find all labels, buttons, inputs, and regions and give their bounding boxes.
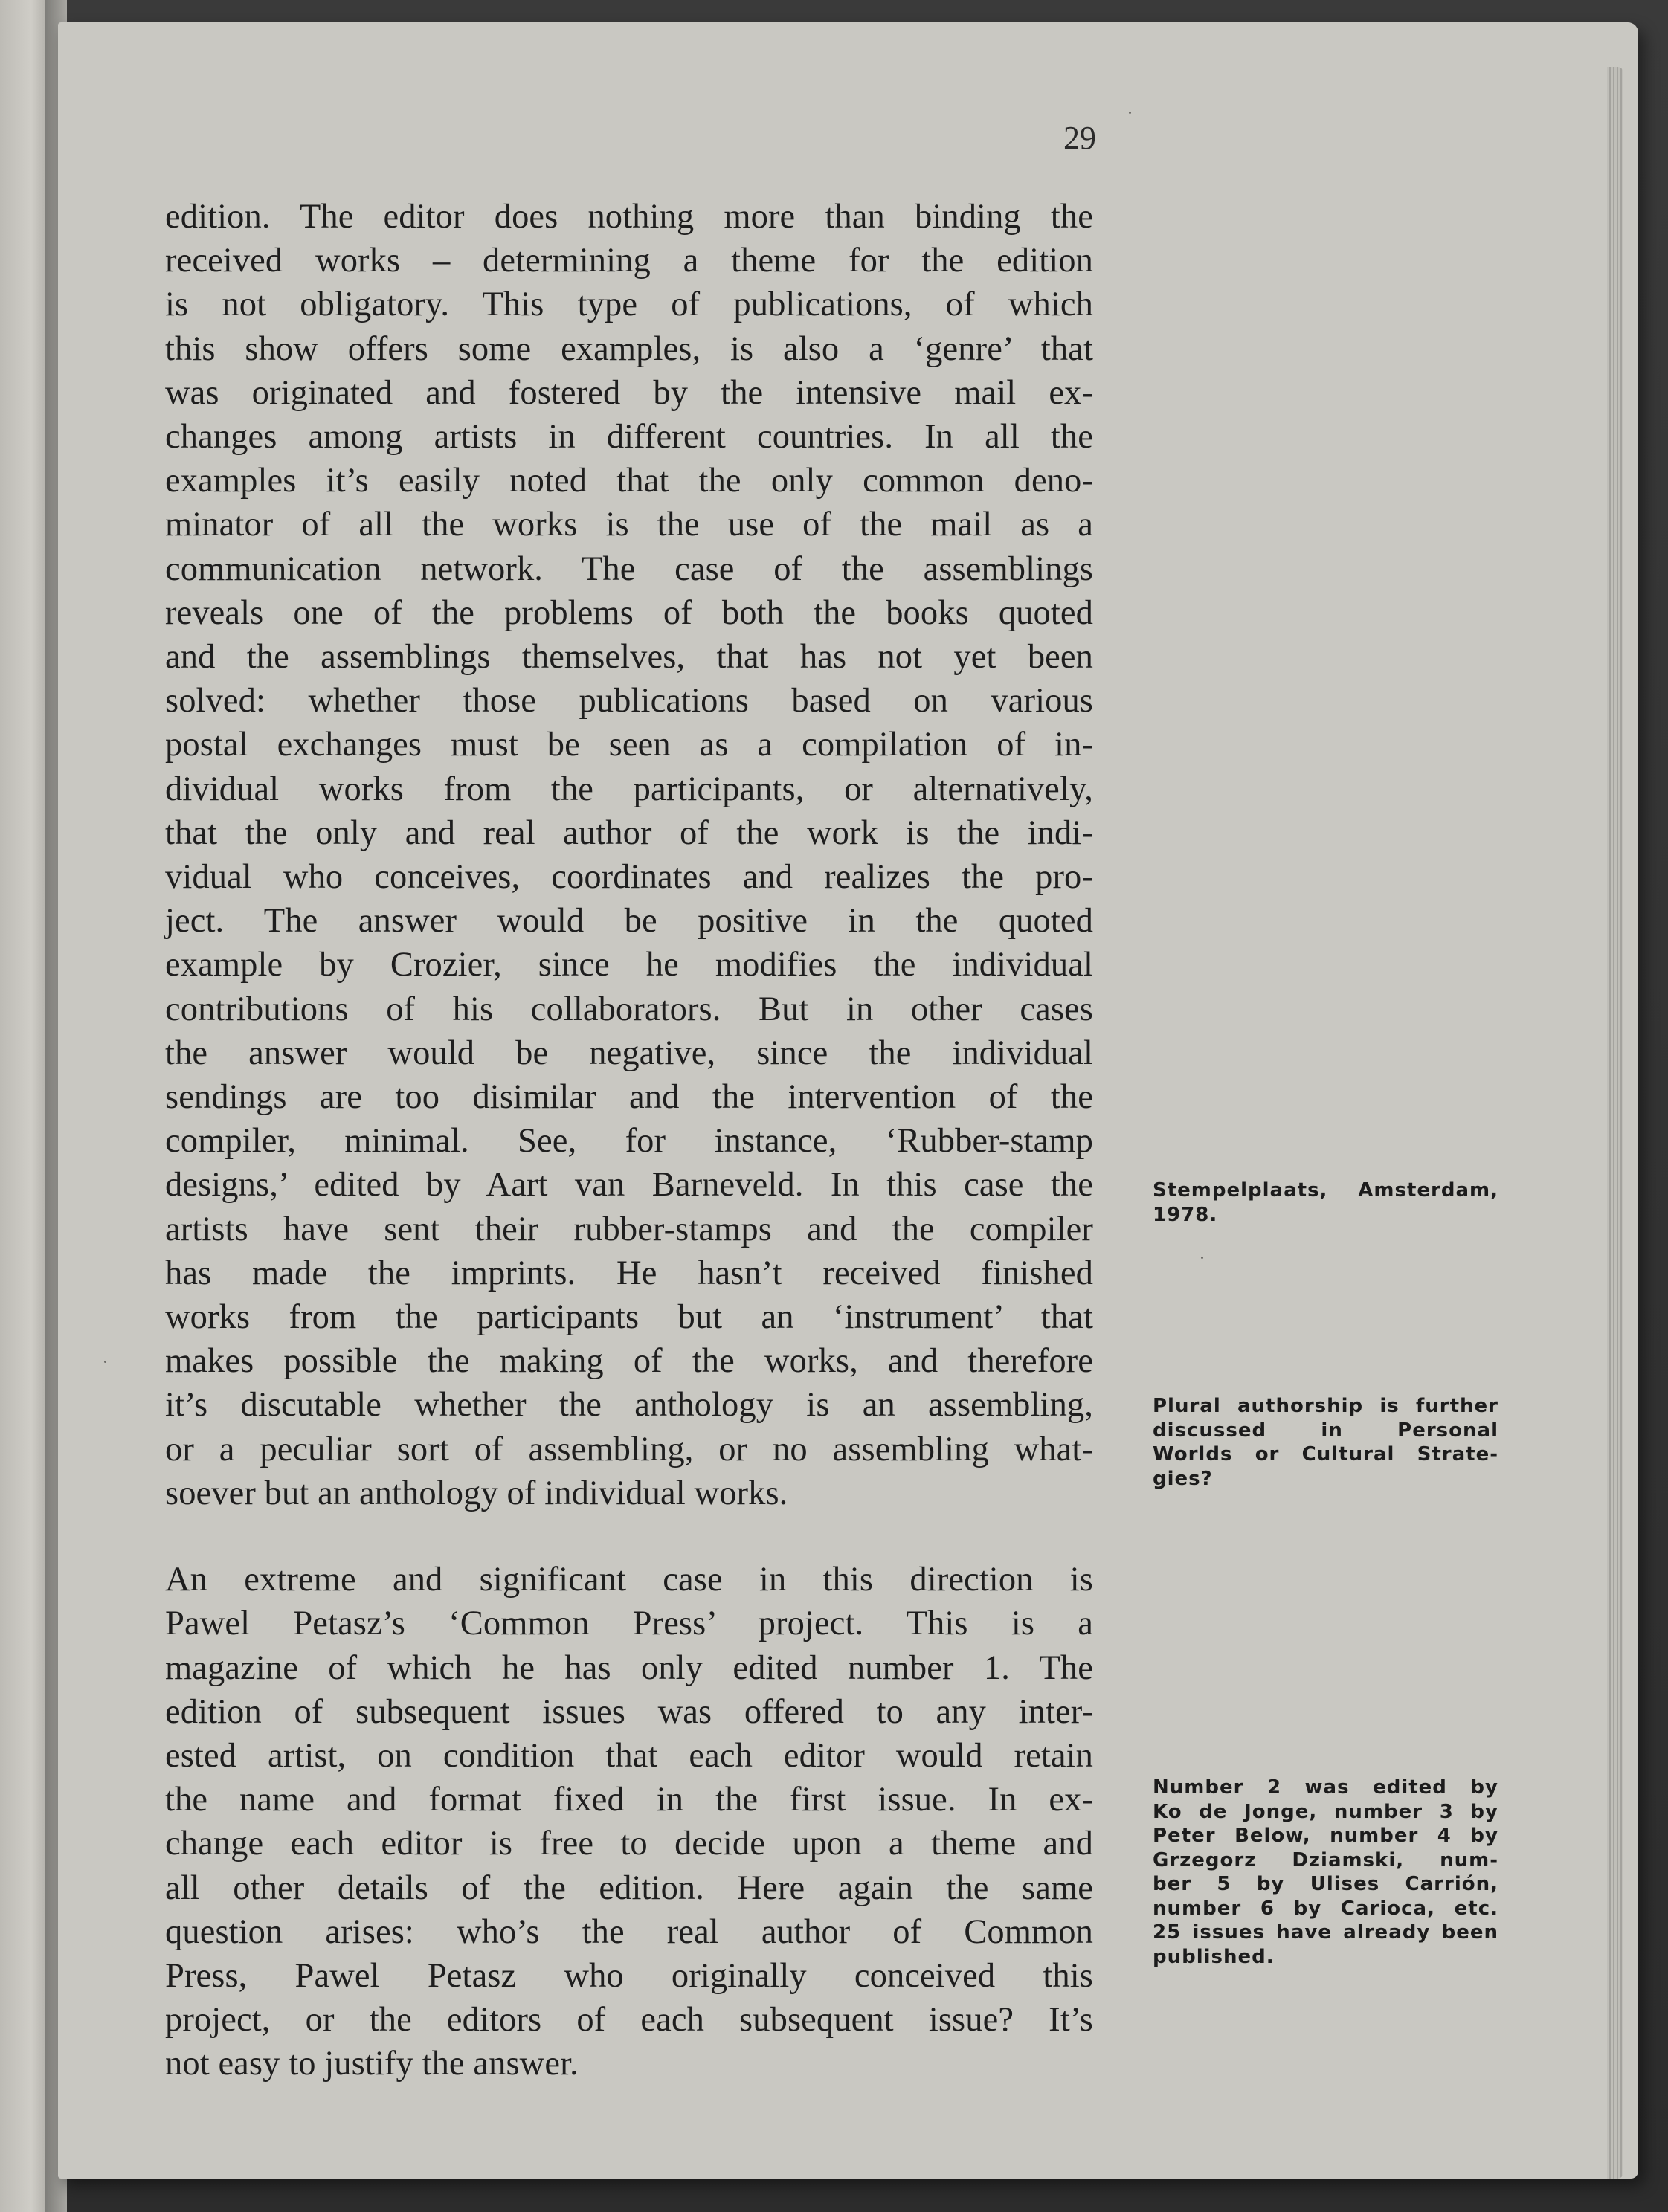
text-line: minator of all the works is the use of t…	[165, 503, 1093, 546]
text-line: question arises: who’s the real author o…	[165, 1910, 1093, 1954]
text-line: magazine of which he has only edited num…	[165, 1646, 1093, 1690]
text-line: reveals one of the problems of both the …	[165, 591, 1093, 635]
body-text: edition. The editor does nothing more th…	[165, 195, 1093, 2086]
text-line: this show offers some examples, is also …	[165, 327, 1093, 371]
sidenote-plural-authorship: Plural authorship is furtherdiscussed in…	[1153, 1394, 1498, 1491]
text-line: vidual who conceives, coordinates and re…	[165, 855, 1093, 899]
sidenote-line: Peter Below, number 4 by	[1153, 1824, 1498, 1848]
text-line: solved: whether those publications based…	[165, 679, 1093, 723]
paper-speck	[104, 1361, 106, 1363]
text-line: works from the participants but an ‘inst…	[165, 1295, 1093, 1339]
text-line: postal exchanges must be seen as a compi…	[165, 723, 1093, 767]
text-line: edition of subsequent issues was offered…	[165, 1690, 1093, 1734]
text-line: the name and format fixed in the first i…	[165, 1778, 1093, 1822]
text-line: ject. The answer would be positive in th…	[165, 899, 1093, 943]
text-line: the answer would be negative, since the …	[165, 1031, 1093, 1075]
paragraph-2: An extreme and significant case in this …	[165, 1558, 1093, 2086]
text-line: was originated and fostered by the inten…	[165, 371, 1093, 415]
text-line: example by Crozier, since he modifies th…	[165, 943, 1093, 987]
text-line: Pawel Petasz’s ‘Common Press’ project. T…	[165, 1602, 1093, 1645]
paper-speck	[1201, 1257, 1203, 1259]
text-line: all other details of the edition. Here a…	[165, 1866, 1093, 1910]
text-line: dividual works from the participants, or…	[165, 767, 1093, 811]
text-line: ested artist, on condition that each edi…	[165, 1734, 1093, 1778]
text-line: not easy to justify the answer.	[165, 2042, 1093, 2086]
text-line: that the only and real author of the wor…	[165, 811, 1093, 855]
sidenote-line: Grzegorz Dziamski, num-	[1153, 1848, 1498, 1873]
sidenote-line: Stempelplaats, Amsterdam,	[1153, 1178, 1498, 1203]
text-line: designs,’ edited by Aart van Barneveld. …	[165, 1163, 1093, 1207]
text-line: communication network. The case of the a…	[165, 547, 1093, 591]
text-line: soever but an anthology of individual wo…	[165, 1471, 1093, 1515]
text-line: changes among artists in different count…	[165, 415, 1093, 459]
text-line: change each editor is free to decide upo…	[165, 1822, 1093, 1866]
text-line: or a peculiar sort of assembling, or no …	[165, 1428, 1093, 1471]
sidenote-line: ber 5 by Ulises Carrión,	[1153, 1872, 1498, 1897]
text-line: received works – determining a theme for…	[165, 239, 1093, 283]
sidenote-line: Number 2 was edited by	[1153, 1776, 1498, 1800]
text-line: compiler, minimal. See, for instance, ‘R…	[165, 1119, 1093, 1163]
sidenote-line: Plural authorship is further	[1153, 1394, 1498, 1419]
text-line: it’s discutable whether the anthology is…	[165, 1383, 1093, 1427]
sidenote-line: 25 issues have already been	[1153, 1921, 1498, 1945]
sidenote-line: 1978.	[1153, 1203, 1498, 1228]
page-stack-edge	[1607, 67, 1623, 2179]
text-line: has made the imprints. He hasn’t receive…	[165, 1251, 1093, 1295]
text-line: artists have sent their rubber-stamps an…	[165, 1207, 1093, 1251]
sidenote-stempelplaats: Stempelplaats, Amsterdam,1978.	[1153, 1178, 1498, 1227]
sidenote-line: number 6 by Carioca, etc.	[1153, 1897, 1498, 1921]
text-line: makes possible the making of the works, …	[165, 1339, 1093, 1383]
text-line: sendings are too disimilar and the inter…	[165, 1075, 1093, 1119]
text-line: contributions of his collaborators. But …	[165, 987, 1093, 1031]
page-number: 29	[1063, 119, 1096, 157]
text-line: Press, Pawel Petasz who originally conce…	[165, 1954, 1093, 1998]
text-line: edition. The editor does nothing more th…	[165, 195, 1093, 239]
sidenote-line: published.	[1153, 1945, 1498, 1970]
paragraph-1: edition. The editor does nothing more th…	[165, 195, 1093, 1515]
paper-speck	[1129, 112, 1131, 114]
sidenote-common-press-editors: Number 2 was edited byKo de Jonge, numbe…	[1153, 1776, 1498, 1969]
text-line: is not obligatory. This type of publicat…	[165, 283, 1093, 326]
text-line: An extreme and significant case in this …	[165, 1558, 1093, 1602]
sidenote-line: discussed in Personal	[1153, 1419, 1498, 1443]
text-line: examples it’s easily noted that the only…	[165, 459, 1093, 503]
text-line: project, or the editors of each subseque…	[165, 1998, 1093, 2042]
text-line: and the assemblings themselves, that has…	[165, 635, 1093, 679]
sidenote-line: Ko de Jonge, number 3 by	[1153, 1800, 1498, 1825]
sidenote-line: gies?	[1153, 1467, 1498, 1492]
sidenote-line: Worlds or Cultural Strate-	[1153, 1442, 1498, 1467]
